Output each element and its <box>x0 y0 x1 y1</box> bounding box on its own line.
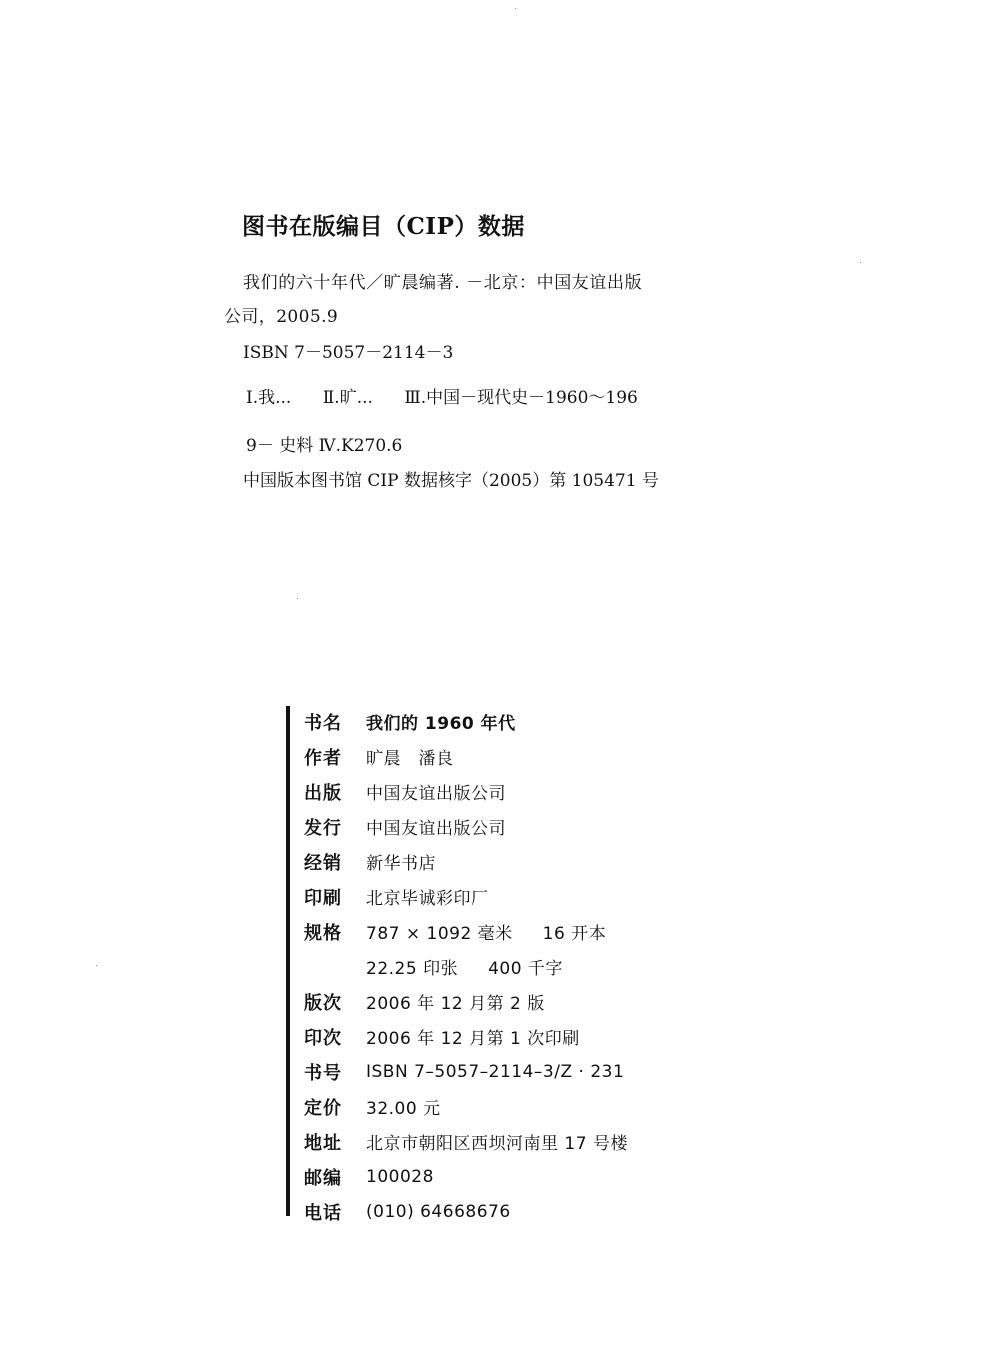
imprint-label: 发行 <box>304 814 366 840</box>
scan-speck <box>297 598 298 599</box>
imprint-value: 22.25 印张 <box>366 954 458 979</box>
imprint-value: 旷晨 潘良 <box>366 744 454 769</box>
imprint-value: (010) 64668676 <box>366 1202 511 1222</box>
imprint-row-distributor: 发行 中国友谊出版公司 <box>304 809 628 844</box>
imprint-label: 书名 <box>304 709 366 735</box>
cip-verification: 中国版本图书馆 CIP 数据核字（2005）第 105471 号 <box>243 466 659 491</box>
imprint-value-secondary: 16 开本 <box>543 919 607 944</box>
imprint-label: 出版 <box>304 779 366 805</box>
imprint-label: 版次 <box>304 989 366 1015</box>
cip-title: 图书在版编目（CIP）数据 <box>242 208 525 241</box>
imprint-label: 定价 <box>304 1094 366 1120</box>
imprint-row-format: 规格 787 × 1092 毫米 16 开本 <box>304 914 628 949</box>
imprint-value: 北京市朝阳区西坝河南里 17 号楼 <box>366 1129 628 1154</box>
imprint-label: 地址 <box>304 1129 366 1155</box>
imprint-value: 2006 年 12 月第 2 版 <box>366 989 545 1014</box>
imprint-value: 32.00 元 <box>366 1094 441 1119</box>
imprint-label: 邮编 <box>304 1164 366 1190</box>
imprint-label: 电话 <box>304 1199 366 1225</box>
imprint-value: 787 × 1092 毫米 <box>366 919 513 944</box>
cip-classification: Ⅰ.我... Ⅱ.旷... Ⅲ.中国－现代史－1960～196 <box>246 383 638 408</box>
imprint-divider-bar <box>286 706 290 1216</box>
imprint-value: ISBN 7–5057–2114–3/Z · 231 <box>366 1062 624 1082</box>
cip-title-line: 我们的六十年代／旷晨编著. －北京：中国友谊出版 <box>243 268 642 293</box>
scan-speck <box>860 262 861 263</box>
cip-publisher-line: 公司，2005.9 <box>224 302 338 327</box>
imprint-row-format-cont: 22.25 印张 400 千字 <box>304 949 628 984</box>
imprint-row-price: 定价 32.00 元 <box>304 1089 628 1124</box>
imprint-row-retailer: 经销 新华书店 <box>304 844 628 879</box>
imprint-value: 中国友谊出版公司 <box>366 779 506 804</box>
imprint-block: 书名 我们的 1960 年代 作者 旷晨 潘良 出版 中国友谊出版公司 发行 中… <box>304 704 628 1229</box>
scan-speck <box>515 8 516 9</box>
imprint-value: 新华书店 <box>366 849 436 874</box>
classification-item: Ⅲ.中国－现代史－1960～196 <box>404 383 638 408</box>
imprint-label: 经销 <box>304 849 366 875</box>
imprint-label: 印次 <box>304 1024 366 1050</box>
imprint-label: 作者 <box>304 744 366 770</box>
imprint-row-phone: 电话 (010) 64668676 <box>304 1194 628 1229</box>
imprint-value-secondary: 400 千字 <box>488 954 563 979</box>
classification-item: Ⅱ.旷... <box>323 383 373 408</box>
imprint-row-isbn: 书号 ISBN 7–5057–2114–3/Z · 231 <box>304 1054 628 1089</box>
imprint-row-edition: 版次 2006 年 12 月第 2 版 <box>304 984 628 1019</box>
cip-classification-cont: 9－ 史料 Ⅳ.K270.6 <box>246 431 402 456</box>
classification-item: Ⅰ.我... <box>246 383 291 408</box>
imprint-row-address: 地址 北京市朝阳区西坝河南里 17 号楼 <box>304 1124 628 1159</box>
imprint-row-author: 作者 旷晨 潘良 <box>304 739 628 774</box>
imprint-value: 中国友谊出版公司 <box>366 814 506 839</box>
imprint-label: 印刷 <box>304 884 366 910</box>
imprint-value: 2006 年 12 月第 1 次印刷 <box>366 1024 580 1049</box>
imprint-row-title: 书名 我们的 1960 年代 <box>304 704 628 739</box>
imprint-row-printer: 印刷 北京毕诚彩印厂 <box>304 879 628 914</box>
scan-speck <box>96 965 97 966</box>
imprint-value: 100028 <box>366 1167 434 1187</box>
imprint-label: 规格 <box>304 919 366 945</box>
cip-isbn: ISBN 7－5057－2114－3 <box>243 338 453 363</box>
imprint-value: 我们的 1960 年代 <box>366 709 516 734</box>
imprint-value: 北京毕诚彩印厂 <box>366 884 489 909</box>
imprint-label: 书号 <box>304 1059 366 1085</box>
imprint-row-printing: 印次 2006 年 12 月第 1 次印刷 <box>304 1019 628 1054</box>
imprint-row-publisher: 出版 中国友谊出版公司 <box>304 774 628 809</box>
imprint-row-postcode: 邮编 100028 <box>304 1159 628 1194</box>
